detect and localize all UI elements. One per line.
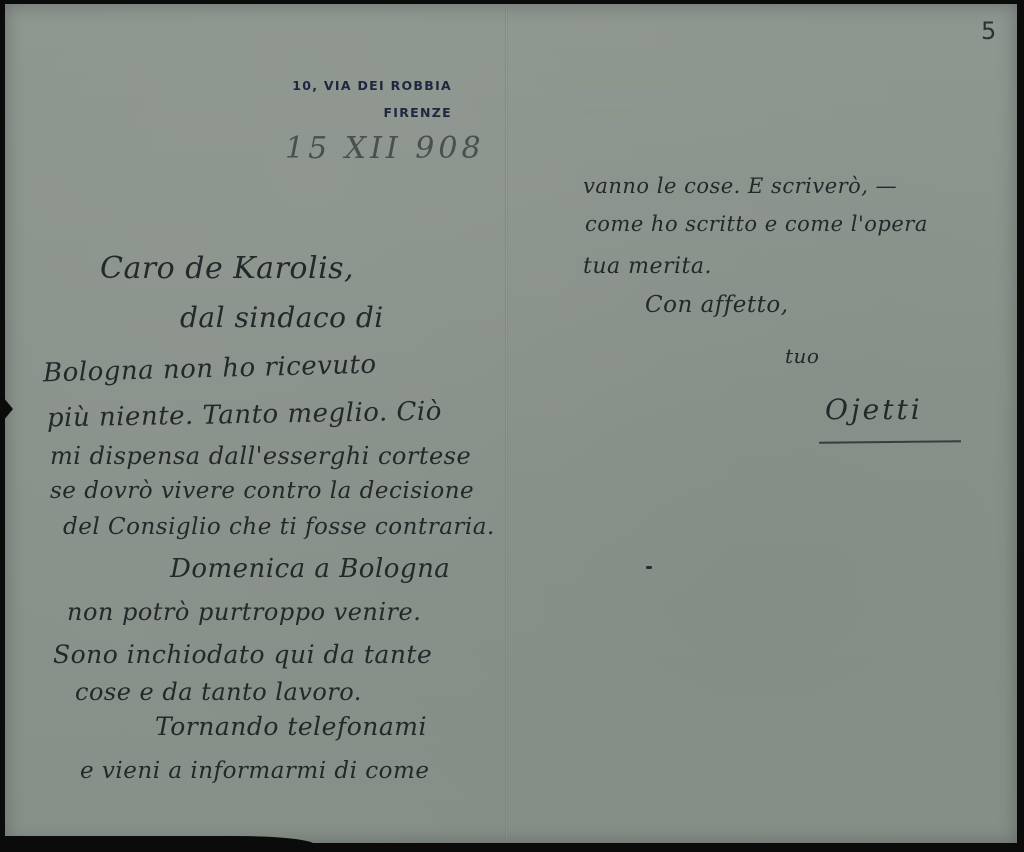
letter-date: 15 XII 908 [285, 134, 485, 164]
body-line: mi dispensa dall'esserghi cortese [50, 444, 471, 468]
letterhead-showthrough [575, 108, 635, 116]
scan-background: 10, VIA DEI ROBBIA FIRENZE 15 XII 908 Ca… [0, 0, 1024, 852]
paper-edge-shadow [5, 836, 315, 845]
body-line: come ho scritto e come l'opera [585, 214, 928, 235]
letterhead-city: FIRENZE [290, 107, 452, 120]
body-line: cose e da tanto lavoro. [75, 680, 362, 704]
letterhead-address: 10, VIA DEI ROBBIA [290, 80, 452, 93]
closing-tuo: tuo [785, 346, 819, 366]
signature: Ojetti [825, 396, 923, 424]
body-line: Sono inchiodato qui da tante [53, 642, 432, 667]
salutation: Caro de Karolis, [100, 254, 354, 284]
body-line: se dovrò vivere contro la decisione [50, 480, 474, 503]
closing: Con affetto, [645, 294, 789, 317]
right-page: vanno le cose. E scriverò, — come ho scr… [505, 4, 1017, 843]
letterhead-showthrough [575, 78, 675, 86]
left-page: 10, VIA DEI ROBBIA FIRENZE 15 XII 908 Ca… [5, 4, 505, 843]
body-line: più niente. Tanto meglio. Ciò [47, 399, 442, 432]
body-line: del Consiglio che ti fosse contraria. [63, 516, 495, 539]
page-number: 5 [981, 17, 996, 45]
body-line: e vieni a informarmi di come [80, 760, 429, 783]
letter-sheet: 10, VIA DEI ROBBIA FIRENZE 15 XII 908 Ca… [5, 4, 1017, 843]
body-line: Bologna non ho ricevuto [43, 352, 377, 387]
body-line: Domenica a Bologna [170, 556, 450, 582]
body-line: non potrò purtroppo venire. [67, 600, 421, 624]
body-line: Tornando telefonami [155, 714, 427, 739]
body-line: dal sindaco di [180, 304, 384, 332]
body-line: vanno le cose. E scriverò, — [583, 176, 897, 197]
ink-speck [646, 566, 652, 569]
body-line: tua merita. [583, 256, 712, 278]
paper-tear [3, 397, 13, 421]
